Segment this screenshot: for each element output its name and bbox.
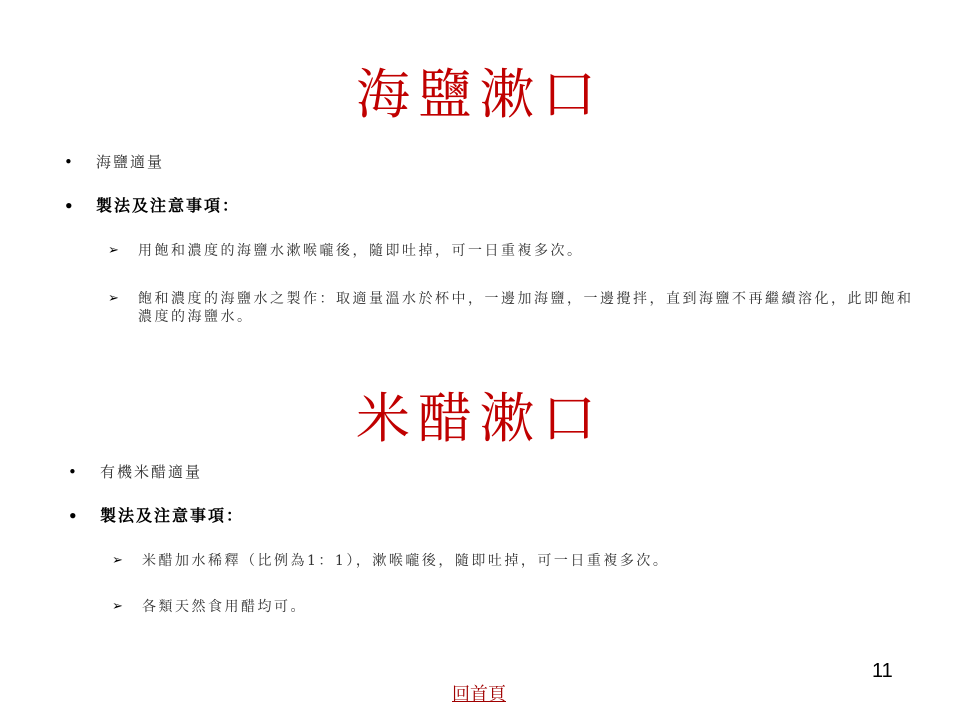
sub-list-item-text: 各類天然食用醋均可。 bbox=[142, 599, 307, 615]
sub-list-item-text: 米醋加水稀釋（比例為1：1），漱喉嚨後，隨即吐掉，可一日重複多次。 bbox=[142, 553, 669, 569]
list-item-label: 海鹽適量 bbox=[96, 153, 164, 171]
list-item-label: 有機米醋適量 bbox=[100, 463, 202, 481]
page-number: 11 bbox=[872, 660, 893, 683]
list-item: • 海鹽適量 bbox=[96, 152, 164, 172]
sub-list-item: ➢ 各類天然食用醋均可。 bbox=[142, 598, 922, 616]
sub-list-item-text: 用飽和濃度的海鹽水漱喉嚨後，隨即吐掉，可一日重複多次。 bbox=[138, 243, 584, 259]
list-item: • 製法及注意事項： bbox=[96, 196, 240, 216]
bullet-icon: • bbox=[68, 462, 79, 482]
arrow-bullet-icon: ➢ bbox=[112, 552, 125, 570]
section-title-sea-salt: 海鹽漱口 bbox=[0, 68, 960, 122]
sub-list-item-text: 飽和濃度的海鹽水之製作：取適量溫水於杯中，一邊加海鹽，一邊攪拌，直到海鹽不再繼續… bbox=[138, 291, 914, 325]
list-item: • 有機米醋適量 bbox=[100, 462, 202, 482]
home-link[interactable]: 回首頁 bbox=[452, 680, 506, 706]
sub-list-item: ➢ 用飽和濃度的海鹽水漱喉嚨後，隨即吐掉，可一日重複多次。 bbox=[138, 242, 918, 260]
arrow-bullet-icon: ➢ bbox=[108, 242, 121, 260]
bullet-icon: • bbox=[64, 196, 76, 216]
list-item: • 製法及注意事項： bbox=[100, 506, 244, 526]
list-item-label: 製法及注意事項： bbox=[96, 196, 240, 215]
bullet-icon: • bbox=[64, 152, 75, 172]
arrow-bullet-icon: ➢ bbox=[112, 598, 125, 616]
section-title-rice-vinegar: 米醋漱口 bbox=[0, 392, 960, 446]
bullet-icon: • bbox=[68, 506, 80, 526]
arrow-bullet-icon: ➢ bbox=[108, 290, 121, 308]
sub-list-item: ➢ 米醋加水稀釋（比例為1：1），漱喉嚨後，隨即吐掉，可一日重複多次。 bbox=[142, 552, 922, 570]
list-item-label: 製法及注意事項： bbox=[100, 506, 244, 525]
sub-list-item: ➢ 飽和濃度的海鹽水之製作：取適量溫水於杯中，一邊加海鹽，一邊攪拌，直到海鹽不再… bbox=[138, 290, 918, 326]
